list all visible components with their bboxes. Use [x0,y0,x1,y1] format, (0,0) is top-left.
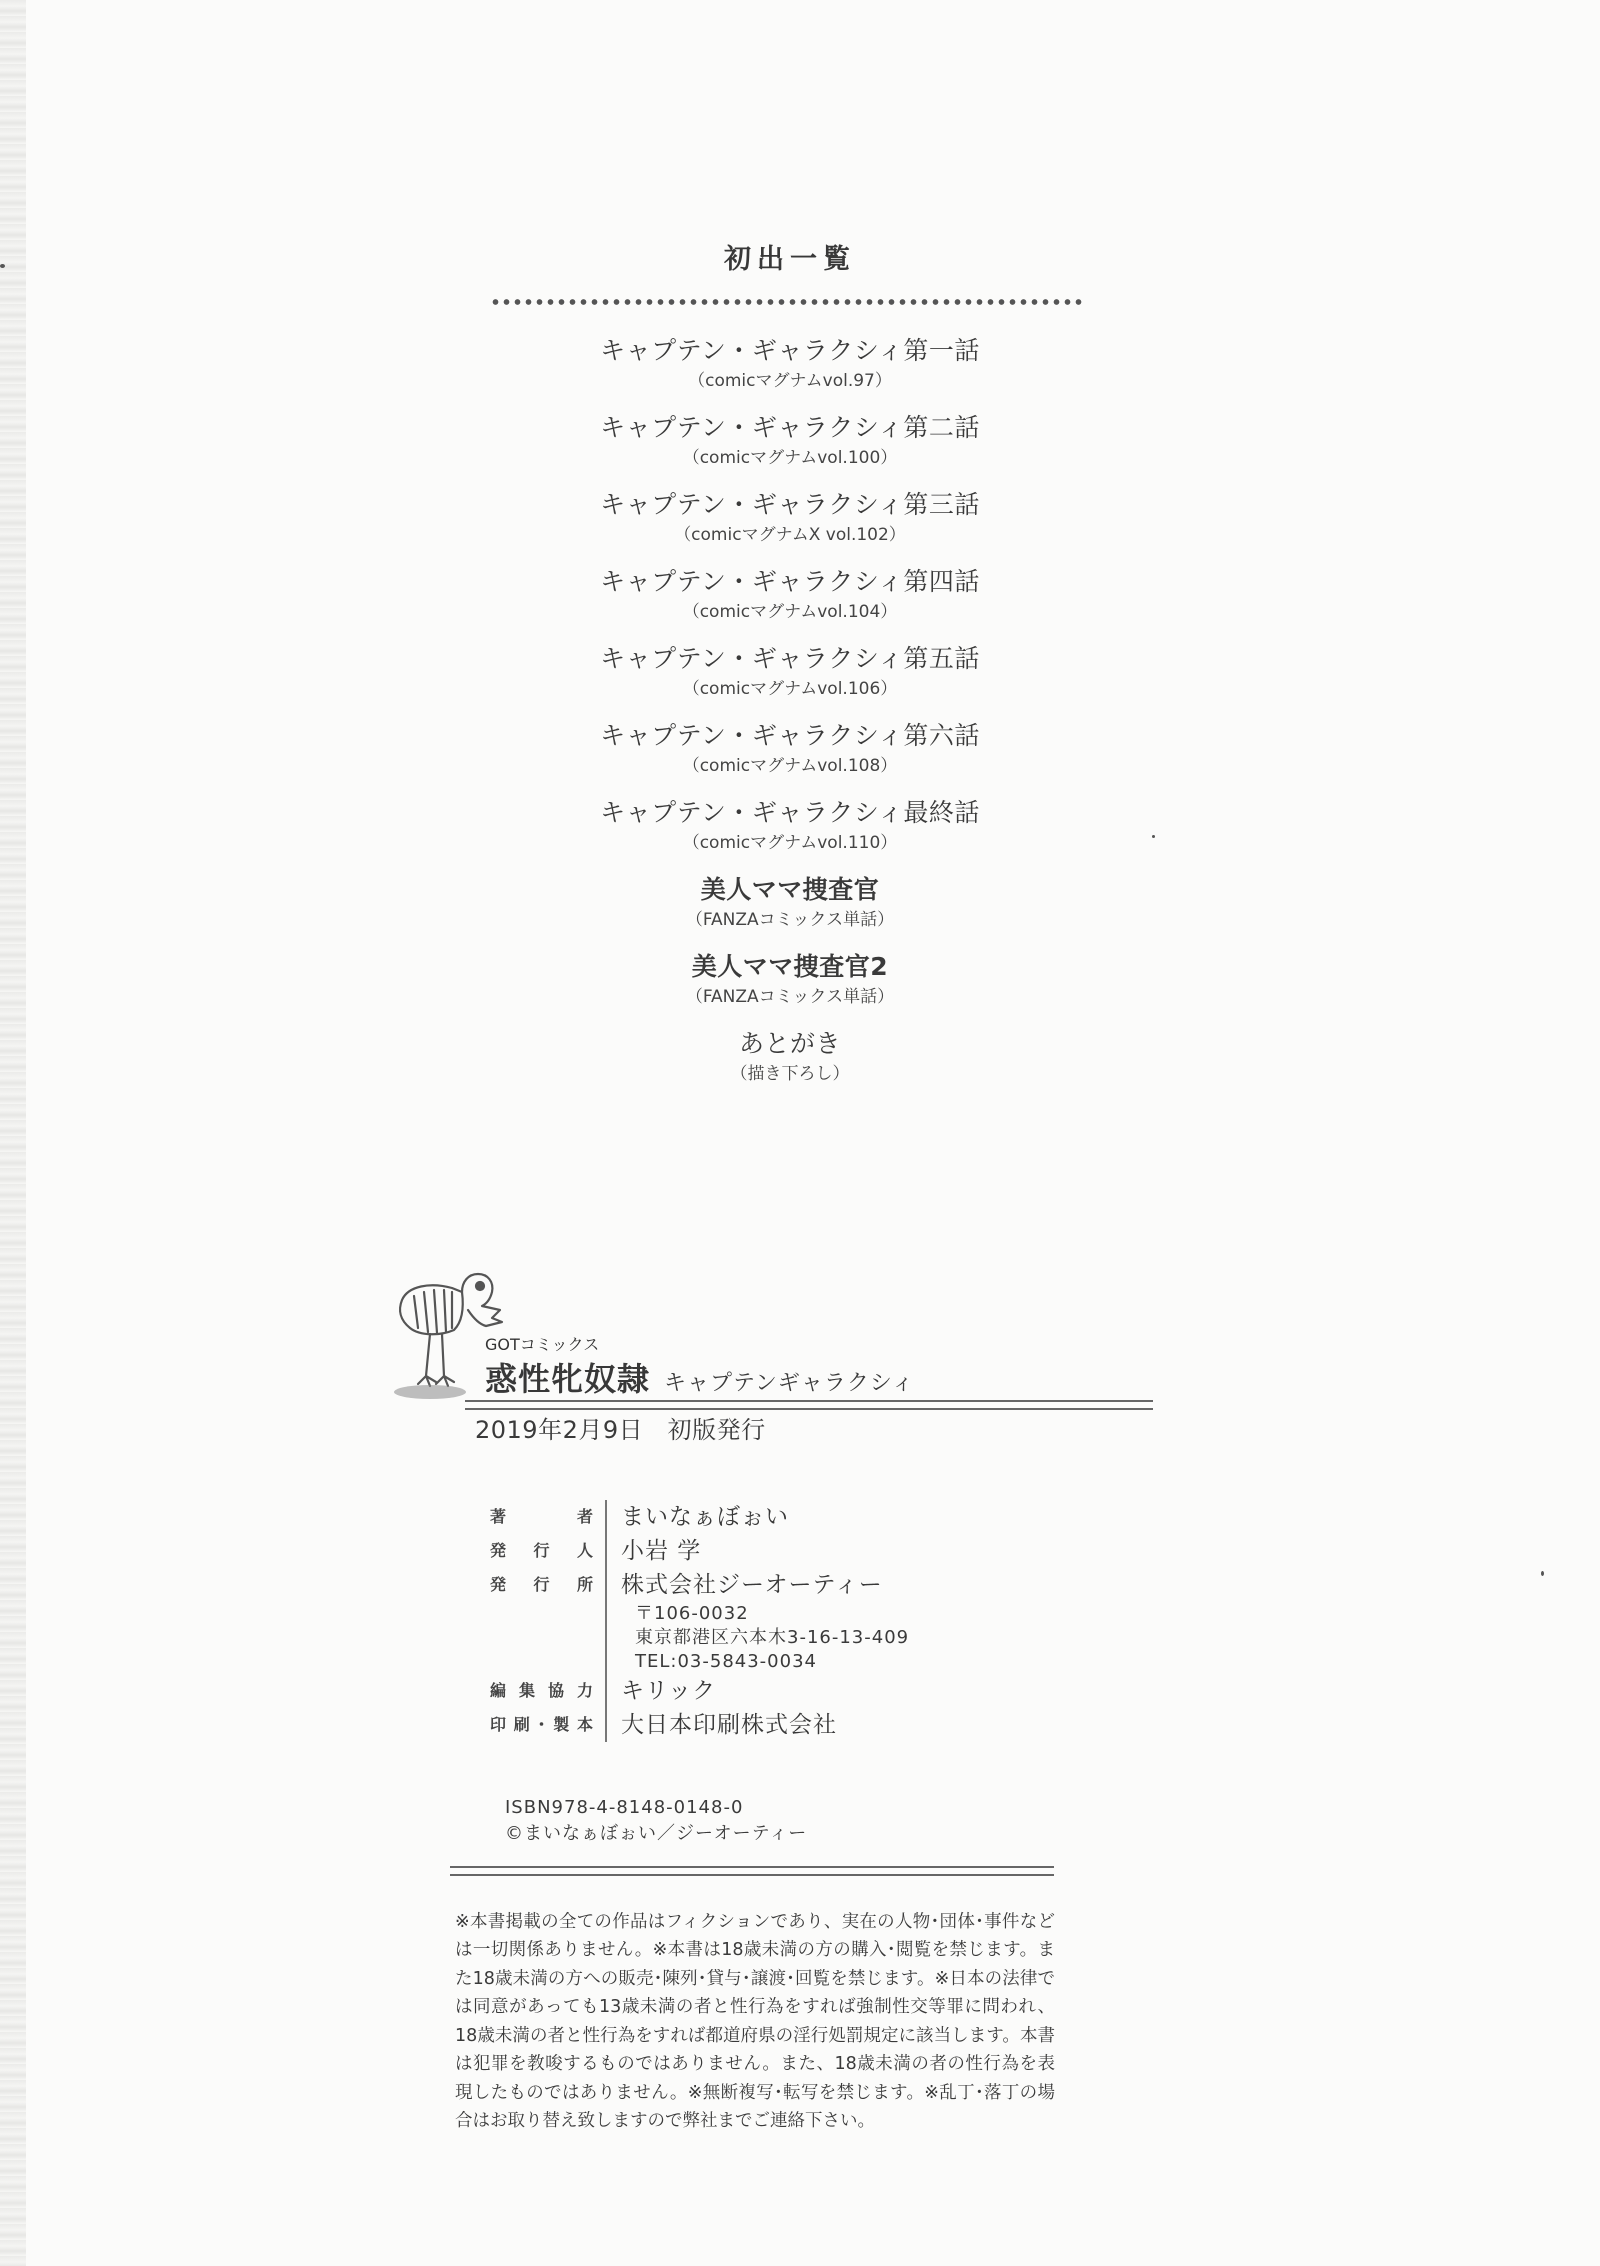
story-title: キャプテン・ギャラクシィ第五話 [490,642,1090,676]
story-source: （comicマグナムvol.110） [490,830,1090,856]
credit-row-publisher-person: 発行人 小岩 学 [490,1534,909,1568]
credit-value: キリック [621,1674,716,1708]
story-title: 美人ママ捜査官2 [490,950,1090,984]
publisher-postal-code: 〒106-0032 [621,1602,909,1626]
story-title: キャプテン・ギャラクシィ第一話 [490,334,1090,368]
page-binding-edge [0,0,26,2266]
story-title: キャプテン・ギャラクシィ第六話 [490,719,1090,753]
list-item: 美人ママ捜査官（FANZAコミックス単話） [490,873,1090,950]
credit-value: 株式会社ジーオーティー [621,1568,909,1602]
story-title: 美人ママ捜査官 [490,873,1090,907]
story-source: （comicマグナムvol.106） [490,676,1090,702]
credit-row-author: 著 者 まいなぁぼぉい [490,1500,909,1534]
story-title: キャプテン・ギャラクシィ第三話 [490,488,1090,522]
credit-label: 著 者 [490,1500,605,1534]
imprint-label: GOTコミックス [485,1332,599,1355]
book-title: 惑性牝奴隷キャプテンギャラクシィ [485,1354,915,1400]
story-title: キャプテン・ギャラクシィ第四話 [490,565,1090,599]
first-appearance-list: 初出一覧 キャプテン・ギャラクシィ第一話（comicマグナムvol.97） キャ… [490,240,1090,1104]
story-title: キャプテン・ギャラクシィ第二話 [490,411,1090,445]
edition-date: 2019年2月9日 初版発行 [475,1410,766,1445]
list-item: キャプテン・ギャラクシィ最終話（comicマグナムvol.110） [490,796,1090,873]
story-source: （描き下ろし） [490,1061,1090,1087]
vertical-divider [605,1534,607,1568]
double-rule-divider [465,1400,1153,1410]
publisher-tel: TEL:03-5843-0034 [621,1650,909,1674]
story-title: あとがき [490,1027,1090,1061]
scan-speck [0,264,5,268]
legal-notice: ※本書掲載の全ての作品はフィクションであり、実在の人物･団体･事件などは一切関係… [455,1908,1055,2136]
credit-label: 編集協力 [490,1674,605,1708]
story-source: （comicマグナムvol.104） [490,599,1090,625]
list-item: キャプテン・ギャラクシィ第四話（comicマグナムvol.104） [490,565,1090,642]
list-item: あとがき（描き下ろし） [490,1027,1090,1104]
story-source: （comicマグナムvol.108） [490,753,1090,779]
first-appearance-title: 初出一覧 [490,240,1090,280]
vertical-divider [605,1500,607,1534]
list-item: 美人ママ捜査官2（FANZAコミックス単話） [490,950,1090,1027]
double-rule-divider [450,1866,1054,1876]
vertical-divider [605,1708,607,1742]
list-item: キャプテン・ギャラクシィ第五話（comicマグナムvol.106） [490,642,1090,719]
credit-label: 発行所 [490,1568,605,1602]
credit-value: まいなぁぼぉい [621,1500,789,1534]
credit-value: 大日本印刷株式会社 [621,1708,837,1742]
credits-table: 著 者 まいなぁぼぉい 発行人 小岩 学 発行所 株式会社ジーオーティー 〒10… [490,1500,909,1742]
story-source: （FANZAコミックス単話） [490,907,1090,933]
list-item: キャプテン・ギャラクシィ第三話（comicマグナムX vol.102） [490,488,1090,565]
list-item: キャプテン・ギャラクシィ第二話（comicマグナムvol.100） [490,411,1090,488]
credit-value: 小岩 学 [621,1534,701,1568]
isbn: ISBN978-4-8148-0148-0 [505,1795,807,1821]
book-title-main: 惑性牝奴隷 [485,1360,650,1398]
isbn-block: ISBN978-4-8148-0148-0 ©まいなぁぼぉい／ジーオーティー [505,1795,807,1847]
dotted-divider [490,298,1086,306]
first-appearance-items: キャプテン・ギャラクシィ第一話（comicマグナムvol.97） キャプテン・ギ… [490,334,1090,1104]
credit-label: 印刷･製本 [490,1708,605,1742]
copyright: ©まいなぁぼぉい／ジーオーティー [505,1821,807,1847]
story-source: （FANZAコミックス単話） [490,984,1090,1010]
credit-row-printing: 印刷･製本 大日本印刷株式会社 [490,1708,909,1742]
credit-row-publisher: 発行所 株式会社ジーオーティー 〒106-0032 東京都港区六本木3-16-1… [490,1568,909,1674]
story-source: （comicマグナムvol.100） [490,445,1090,471]
vertical-divider [605,1568,607,1674]
story-source: （comicマグナムX vol.102） [490,522,1090,548]
list-item: キャプテン・ギャラクシィ第一話（comicマグナムvol.97） [490,334,1090,411]
credit-row-editorial: 編集協力 キリック [490,1674,909,1708]
story-title: キャプテン・ギャラクシィ最終話 [490,796,1090,830]
scan-speck [1541,1571,1544,1576]
book-title-subtitle: キャプテンギャラクシィ [664,1371,915,1396]
story-source: （comicマグナムvol.97） [490,368,1090,394]
scan-speck [1152,835,1155,838]
credit-label: 発行人 [490,1534,605,1568]
vertical-divider [605,1674,607,1708]
publisher-address: 東京都港区六本木3-16-13-409 [621,1626,909,1650]
list-item: キャプテン・ギャラクシィ第六話（comicマグナムvol.108） [490,719,1090,796]
